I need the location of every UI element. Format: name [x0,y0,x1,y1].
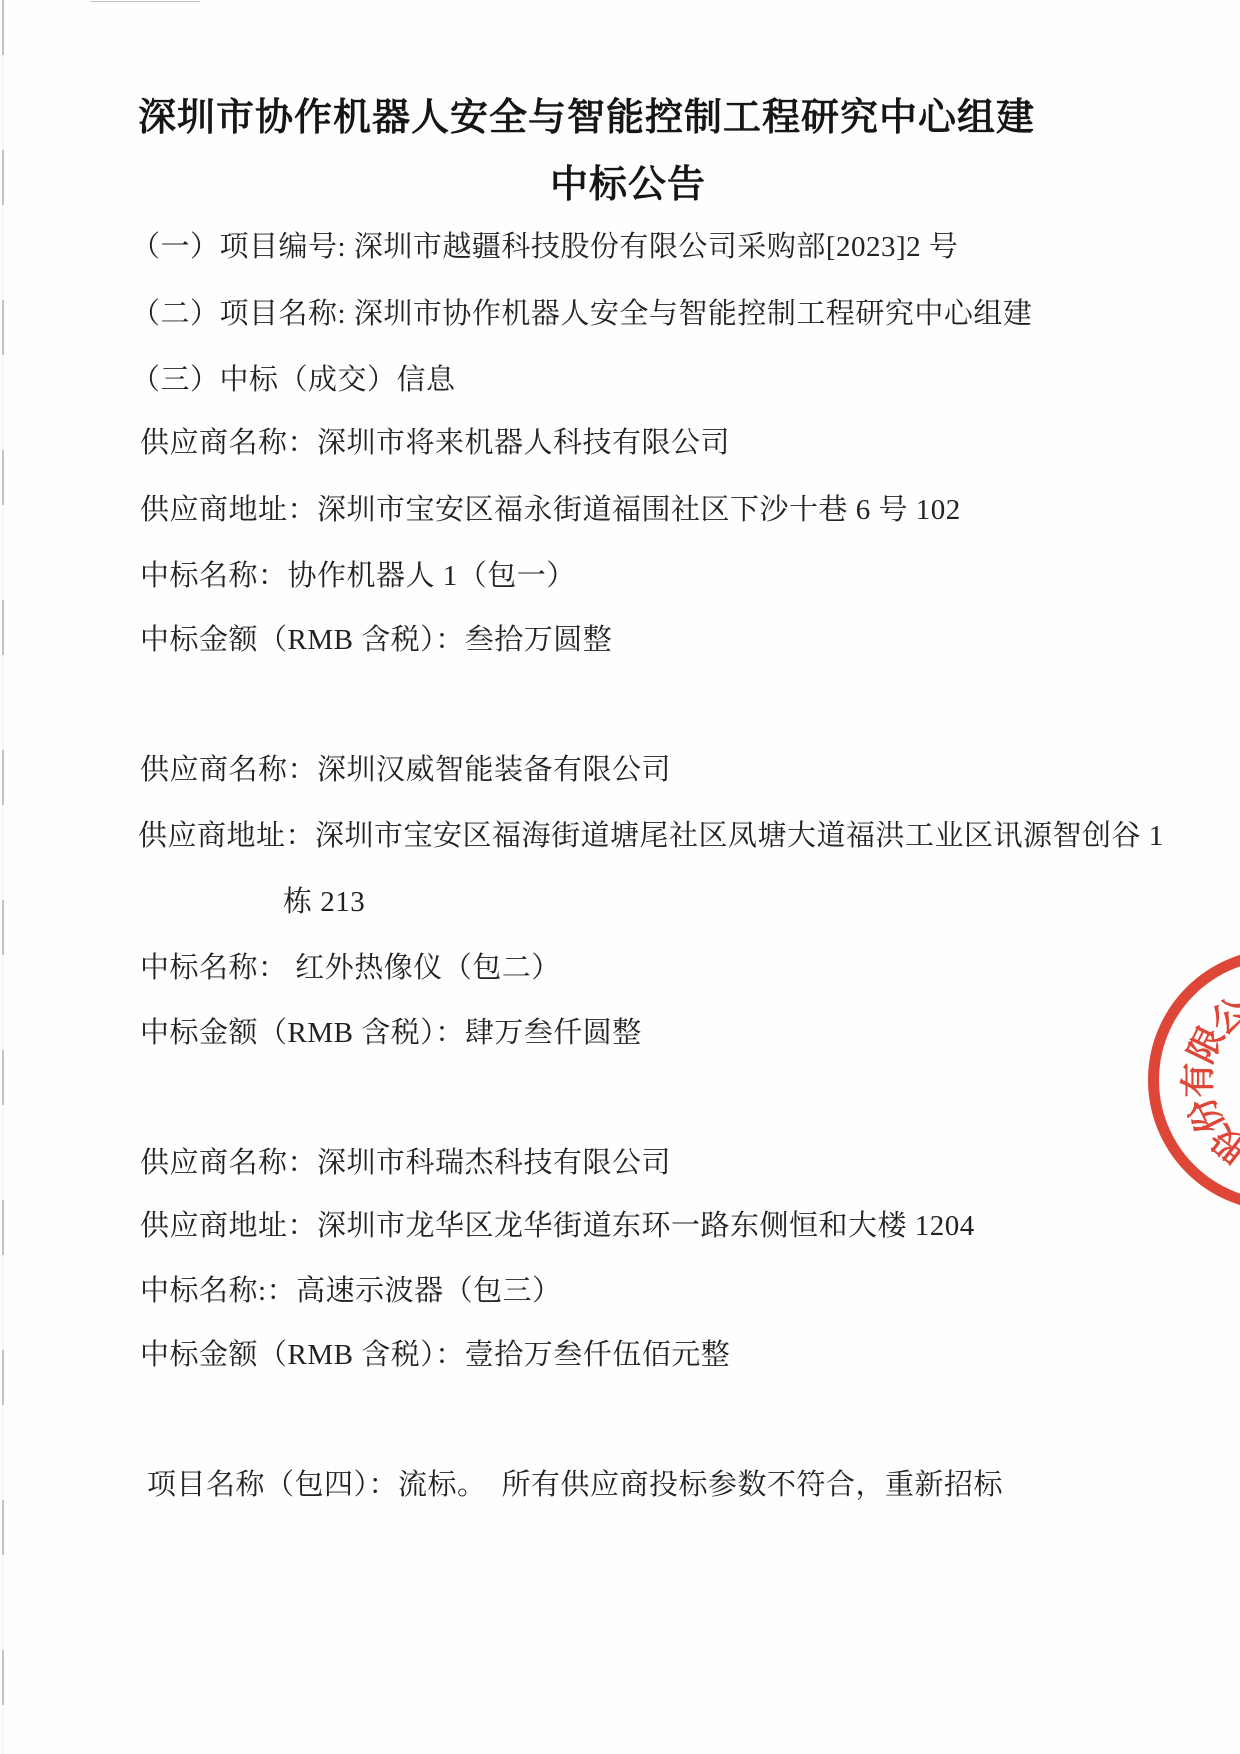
award2-supplier-address-line2: 栋 213 [283,879,365,920]
award1-supplier-name-value: 深圳市将来机器人科技有限公司 [317,427,730,459]
award2-amount-line: 中标金额（RMB 含税）：肆万叁仟圆整 [140,1010,642,1051]
award2-supplier-address-value: 深圳市宝安区福海街道塘尾社区凤塘大道福洪工业区讯源智创谷 1 [315,820,1164,852]
award3-amount-line: 中标金额（RMB 含税）：壹拾万叁仟伍佰元整 [140,1332,730,1373]
award1-amount-value: 叁拾万圆整 [465,624,613,656]
scan-edge-artifact-left [2,0,4,1754]
award2-amount-label: 中标金额（RMB 含税）： [140,1017,465,1049]
award1-supplier-address-value: 深圳市宝安区福永街道福围社区下沙十巷 6 号 102 [317,494,961,526]
award2-title-line: 中标名称： 红外热像仪（包二） [140,945,561,986]
award2-title-label: 中标名称： [140,952,288,984]
award3-supplier-name-value: 深圳市科瑞杰科技有限公司 [317,1147,671,1179]
award1-supplier-address-line: 供应商地址：深圳市宝安区福永街道福围社区下沙十巷 6 号 102 [140,487,961,528]
award3-supplier-name-line: 供应商名称：深圳市科瑞杰科技有限公司 [140,1140,671,1181]
award2-supplier-name-value: 深圳汉威智能装备有限公司 [317,754,671,786]
scanned-document-page: 深圳市协作机器人安全与智能控制工程研究中心组建 中标公告 （一）项目编号: 深圳… [0,0,1240,1754]
award1-supplier-name-line: 供应商名称：深圳市将来机器人科技有限公司 [140,420,730,461]
award3-supplier-name-label: 供应商名称： [140,1147,317,1179]
document-title-line1: 深圳市协作机器人安全与智能控制工程研究中心组建 [138,86,1006,141]
award1-title-line: 中标名称：协作机器人 1（包一） [140,553,576,594]
award3-supplier-address-label: 供应商地址： [140,1210,317,1242]
scan-edge-artifact-top [90,1,200,2]
award-info-heading-text: 中标（成交）信息 [220,364,456,396]
award-info-heading: （三）中标（成交）信息 [131,357,456,398]
package4-note-line: 项目名称（包四）：流标。 所有供应商投标参数不符合，重新招标 [147,1462,1003,1503]
award1-supplier-address-label: 供应商地址： [140,494,317,526]
award2-title-value: 红外热像仪（包二） [288,952,561,984]
project-number-line: （一）项目编号: 深圳市越疆科技股份有限公司采购部[2023]2 号 [131,224,958,265]
award2-supplier-name-line: 供应商名称：深圳汉威智能装备有限公司 [140,747,671,788]
project-name-label: （二）项目名称: [131,298,354,330]
package4-note-label: 项目名称（包四）： [147,1469,398,1501]
project-number-label: （一）项目编号: [131,231,354,263]
award3-amount-value: 壹拾万叁仟伍佰元整 [465,1339,731,1371]
award2-amount-value: 肆万叁仟圆整 [465,1017,642,1049]
award1-title-value: 协作机器人 1（包一） [288,560,576,592]
award1-title-label: 中标名称： [140,560,288,592]
award2-supplier-address-label: 供应商地址： [138,820,315,852]
package4-note-value: 流标。 所有供应商投标参数不符合，重新招标 [398,1469,1003,1501]
award2-supplier-name-label: 供应商名称： [140,754,317,786]
award3-title-label: 中标名称:： [140,1275,296,1307]
project-name-value: 深圳市协作机器人安全与智能控制工程研究中心组建 [354,298,1033,330]
project-number-value: 深圳市越疆科技股份有限公司采购部[2023]2 号 [354,231,959,263]
award3-supplier-address-value: 深圳市龙华区龙华街道东环一路东侧恒和大楼 1204 [317,1210,975,1242]
award1-supplier-name-label: 供应商名称： [140,427,317,459]
award3-title-line: 中标名称:：高速示波器（包三） [140,1268,562,1309]
document-title-line2: 中标公告 [550,153,706,208]
award-info-heading-number: （三） [131,364,220,396]
award1-amount-label: 中标金额（RMB 含税）： [140,624,465,656]
award1-amount-line: 中标金额（RMB 含税）：叁拾万圆整 [140,617,612,658]
award3-supplier-address-line: 供应商地址：深圳市龙华区龙华街道东环一路东侧恒和大楼 1204 [140,1203,975,1244]
award3-amount-label: 中标金额（RMB 含税）： [140,1339,465,1371]
award3-title-value: 高速示波器（包三） [296,1275,562,1307]
award2-supplier-address-line: 供应商地址：深圳市宝安区福海街道塘尾社区凤塘大道福洪工业区讯源智创谷 1 [138,813,1164,854]
project-name-line: （二）项目名称: 深圳市协作机器人安全与智能控制工程研究中心组建 [131,291,1032,332]
